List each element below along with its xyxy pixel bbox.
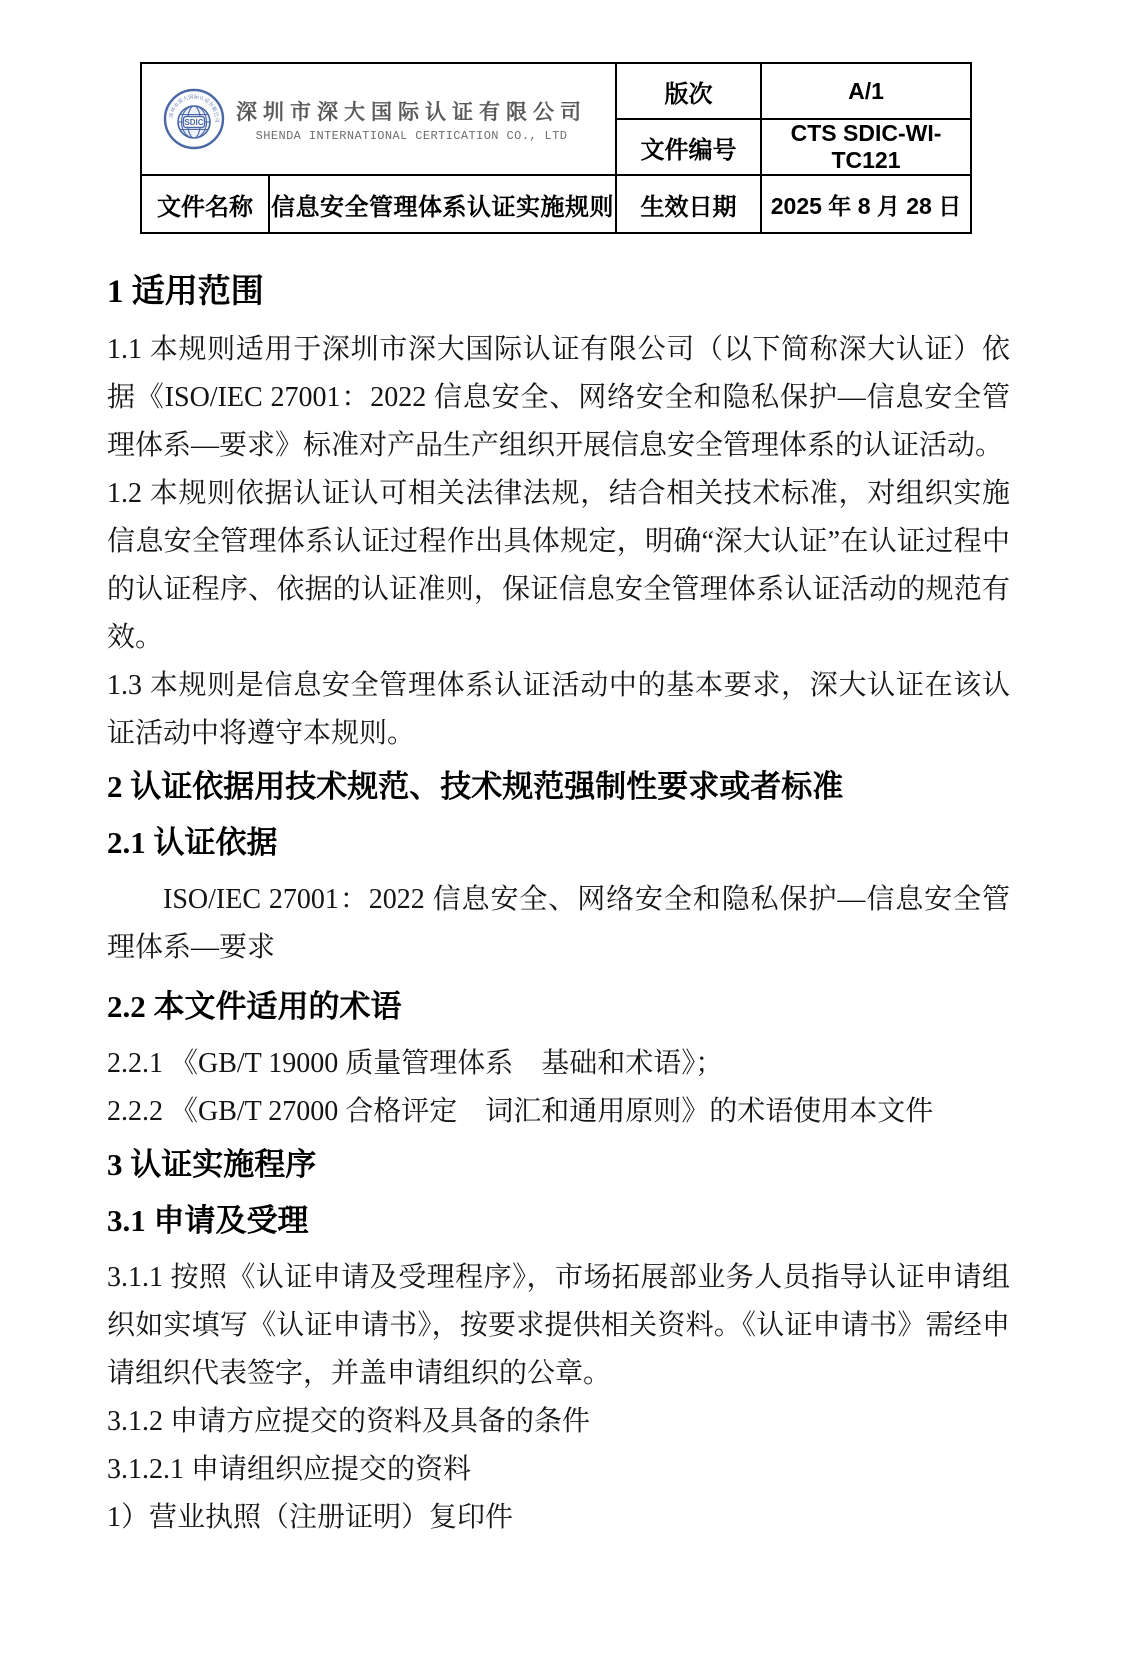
doc-name-value-cell: 信息安全管理体系认证实施规则 [269,175,616,233]
document-body: 1 适用范围 1.1 本规则适用于深圳市深大国际认证有限公司（以下简称深大认证）… [0,272,1131,1622]
document-header-table: 深圳市深大国际认证有限公司 SDIC [140,62,972,234]
heading-2-1: 2.1 认证依据 [107,822,1010,864]
effective-date-label-cell: 生效日期 [616,175,761,233]
doc-number-label-cell: 文件编号 [616,119,761,175]
heading-2-2: 2.2 本文件适用的术语 [107,986,1010,1028]
para-1-1: 1.1 本规则适用于深圳市深大国际认证有限公司（以下简称深大认证）依据《ISO/… [107,326,1010,470]
heading-3-procedure: 3 认证实施程序 [107,1144,1010,1186]
para-3-1-2: 3.1.2 申请方应提交的资料及具备的条件 [107,1398,1010,1446]
heading-1-scope: 1 适用范围 [107,272,1010,312]
para-1-3: 1.3 本规则是信息安全管理体系认证活动中的基本要求，深大认证在该认证活动中将遵… [107,662,1010,758]
document-page: 深圳市深大国际认证有限公司 SDIC [0,62,1131,1662]
company-name-cn: 深圳市深大国际认证有限公司 [236,96,587,126]
heading-3-1: 3.1 申请及受理 [107,1200,1010,1242]
doc-name-label-cell: 文件名称 [141,175,269,233]
para-3-1-1: 3.1.1 按照《认证申请及受理程序》，市场拓展部业务人员指导认证申请组织如实填… [107,1254,1010,1398]
para-1-2: 1.2 本规则依据认证认可相关法律法规，结合相关技术标准，对组织实施信息安全管理… [107,470,1010,662]
company-name-en: SHENDA INTERNATIONAL CERTICATION CO., LT… [236,129,587,143]
company-identity: 深圳市深大国际认证有限公司 SDIC [142,87,615,151]
effective-date-value-cell: 2025 年 8 月 28 日 [761,175,971,233]
version-value-cell: A/1 [761,63,971,119]
heading-2-basis: 2 认证依据用技术规范、技术规范强制性要求或者标准 [107,766,1010,808]
logo-sdic-text: SDIC [184,118,203,127]
para-2-2-1: 2.2.1 《GB/T 19000 质量管理体系 基础和术语》； [107,1040,1010,1088]
sdic-logo-icon: 深圳市深大国际认证有限公司 SDIC [162,87,226,151]
para-2-2-2: 2.2.2 《GB/T 27000 合格评定 词汇和通用原则》的术语使用本文件 [107,1088,1010,1136]
logo-cell: 深圳市深大国际认证有限公司 SDIC [141,63,616,175]
para-item-1-license: 1）营业执照（注册证明）复印件 [107,1494,1010,1542]
para-3-1-2-1: 3.1.2.1 申请组织应提交的资料 [107,1446,1010,1494]
para-iso-standard: ISO/IEC 27001：2022 信息安全、网络安全和隐私保护—信息安全管理… [107,876,1010,972]
doc-number-value-cell: CTS SDIC-WI-TC121 [761,119,971,175]
version-label-cell: 版次 [616,63,761,119]
